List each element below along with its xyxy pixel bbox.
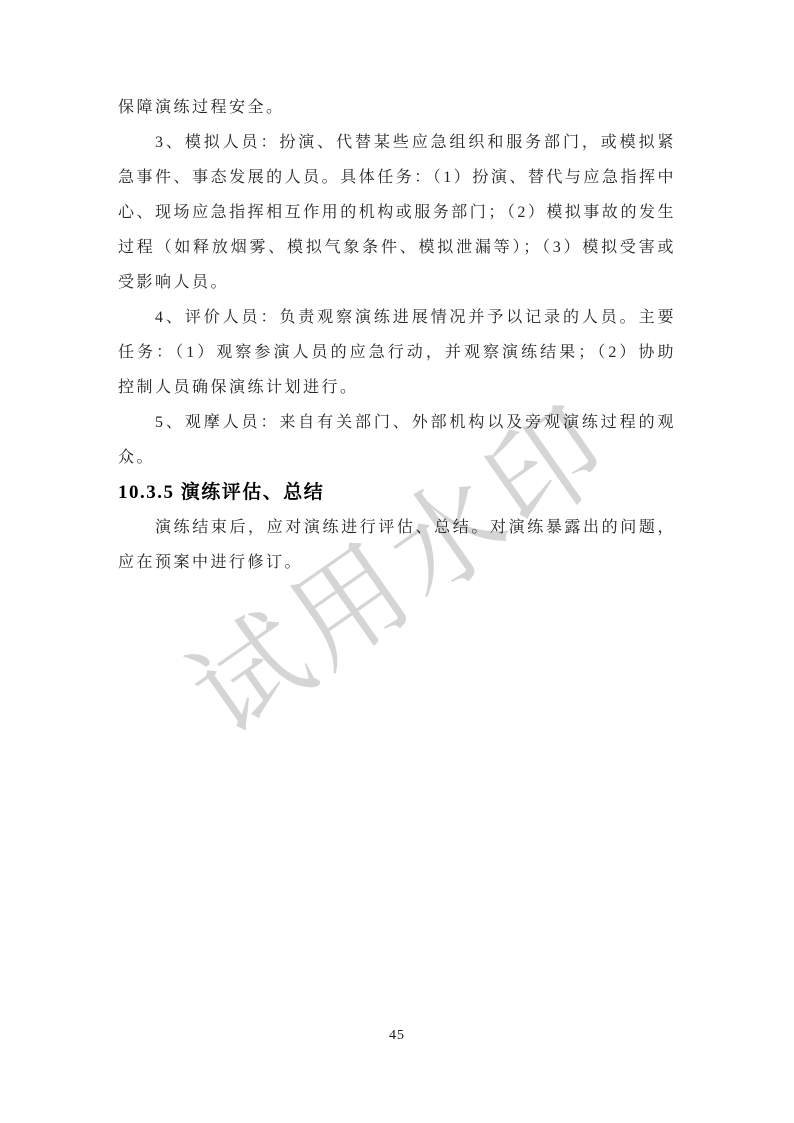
body-paragraph-simulation-personnel: 3、模拟人员：扮演、代替某些应急组织和服务部门，或模拟紧急事件、事态发展的人员。… [118,125,676,300]
document-content: 保障演练过程安全。 3、模拟人员：扮演、代替某些应急组织和服务部门，或模拟紧急事… [118,90,676,580]
document-page: 试用水印 保障演练过程安全。 3、模拟人员：扮演、代替某些应急组织和服务部门，或… [0,0,794,1123]
body-paragraph-continuation: 保障演练过程安全。 [118,90,676,125]
section-heading: 10.3.5 演练评估、总结 [118,475,676,510]
body-paragraph-observer-personnel: 5、观摩人员：来自有关部门、外部机构以及旁观演练过程的观众。 [118,405,676,475]
page-footer: 45 [0,1026,794,1044]
body-paragraph-evaluation-personnel: 4、评价人员：负责观察演练进展情况并予以记录的人员。主要任务：（1）观察参演人员… [118,300,676,405]
body-paragraph-drill-summary: 演练结束后，应对演练进行评估、总结。对演练暴露出的问题，应在预案中进行修订。 [118,510,676,580]
page-number: 45 [389,1028,405,1043]
